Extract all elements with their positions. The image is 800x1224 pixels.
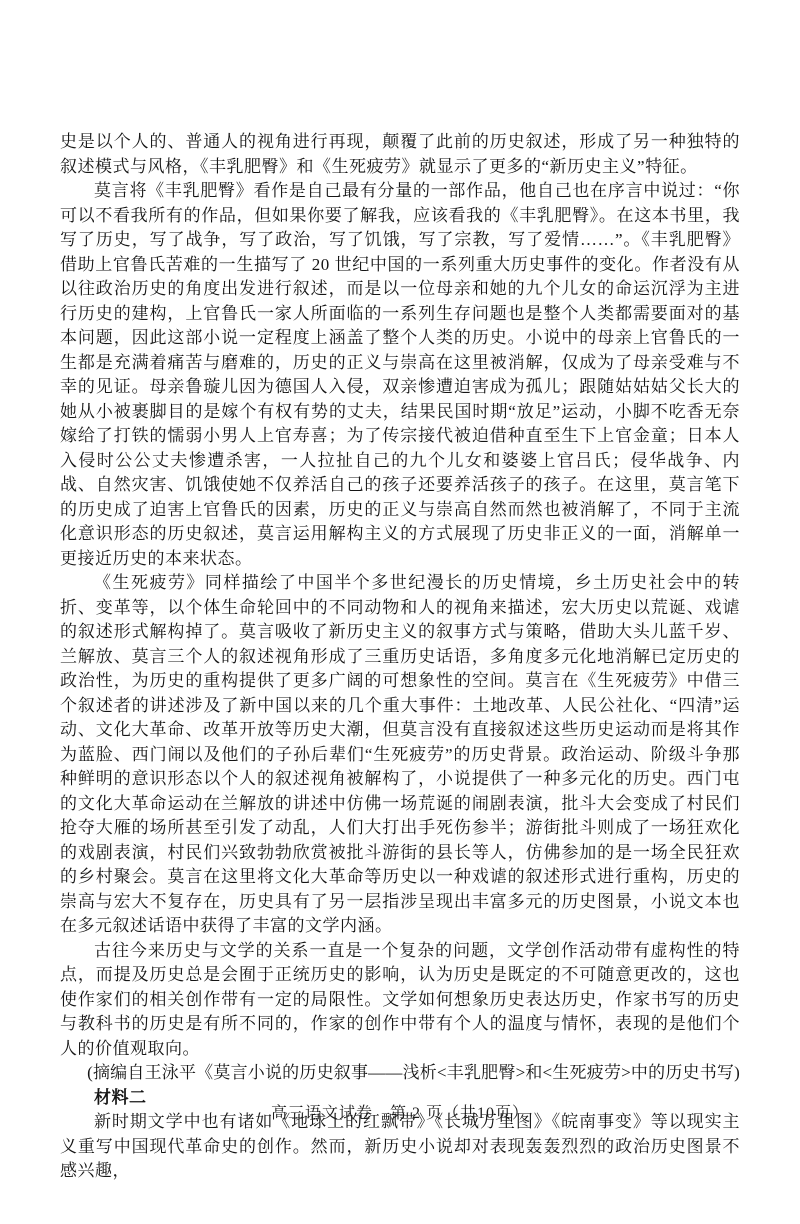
paragraph-shengsi-pilao: 《生死疲劳》同样描绘了中国半个多世纪漫长的历史情境，乡土历史社会中的转折、变革等… bbox=[60, 571, 740, 939]
page-body-text: 史是以个人的、普通人的视角进行再现，颠覆了此前的历史叙述，形成了另一种独特的叙述… bbox=[60, 130, 740, 1184]
paragraph-continuation: 史是以个人的、普通人的视角进行再现，颠覆了此前的历史叙述，形成了另一种独特的叙述… bbox=[60, 130, 740, 179]
exam-paper-page: 史是以个人的、普通人的视角进行再现，颠覆了此前的历史叙述，形成了另一种独特的叙述… bbox=[0, 0, 800, 1224]
page-footer: 高三语文试卷 第 2 页（共10页） bbox=[0, 1100, 800, 1123]
source-citation: (摘编自王泳平《莫言小说的历史叙事——浅析<丰乳肥臀>和<生死疲劳>中的历史书写… bbox=[60, 1061, 740, 1086]
paragraph-history-literature: 古往今来历史与文学的关系一直是一个复杂的问题，文学创作活动带有虚构性的特点，而提… bbox=[60, 939, 740, 1062]
paragraph-fengru-feitun: 莫言将《丰乳肥臀》看作是自己最有分量的一部作品，他自己也在序言中说过：“你可以不… bbox=[60, 179, 740, 571]
